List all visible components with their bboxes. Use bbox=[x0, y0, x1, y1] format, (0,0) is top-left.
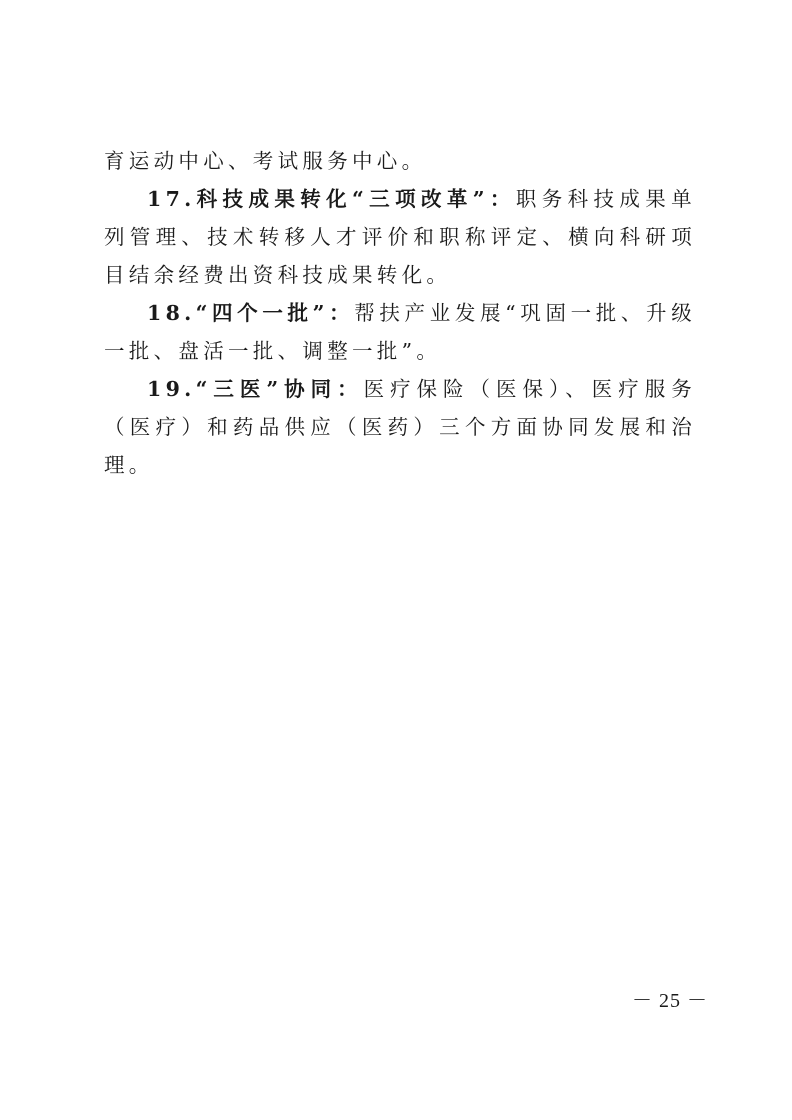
paragraph-item-19: 19.“三医”协同：医疗保险（医保）、医疗服务（医疗）和药品供应（医药）三个方面… bbox=[104, 370, 696, 484]
paragraph-body: 育运动中心、考试服务中心。 bbox=[104, 149, 426, 173]
paragraph-item-17: 17.科技成果转化“三项改革”：职务科技成果单列管理、技术转移人才评价和职称评定… bbox=[104, 180, 696, 294]
item-heading: 17.科技成果转化“三项改革”： bbox=[147, 187, 516, 211]
paragraph-continuation: 育运动中心、考试服务中心。 bbox=[104, 142, 696, 180]
paragraph-item-18: 18.“四个一批”：帮扶产业发展“巩固一批、升级一批、盘活一批、调整一批”。 bbox=[104, 294, 696, 370]
page-number: － 25 － bbox=[632, 984, 708, 1013]
body-text: 育运动中心、考试服务中心。 17.科技成果转化“三项改革”：职务科技成果单列管理… bbox=[104, 142, 696, 484]
item-heading: 19.“三医”协同： bbox=[147, 377, 364, 401]
document-page: 育运动中心、考试服务中心。 17.科技成果转化“三项改革”：职务科技成果单列管理… bbox=[0, 0, 792, 1120]
item-heading: 18.“四个一批”： bbox=[147, 301, 354, 325]
